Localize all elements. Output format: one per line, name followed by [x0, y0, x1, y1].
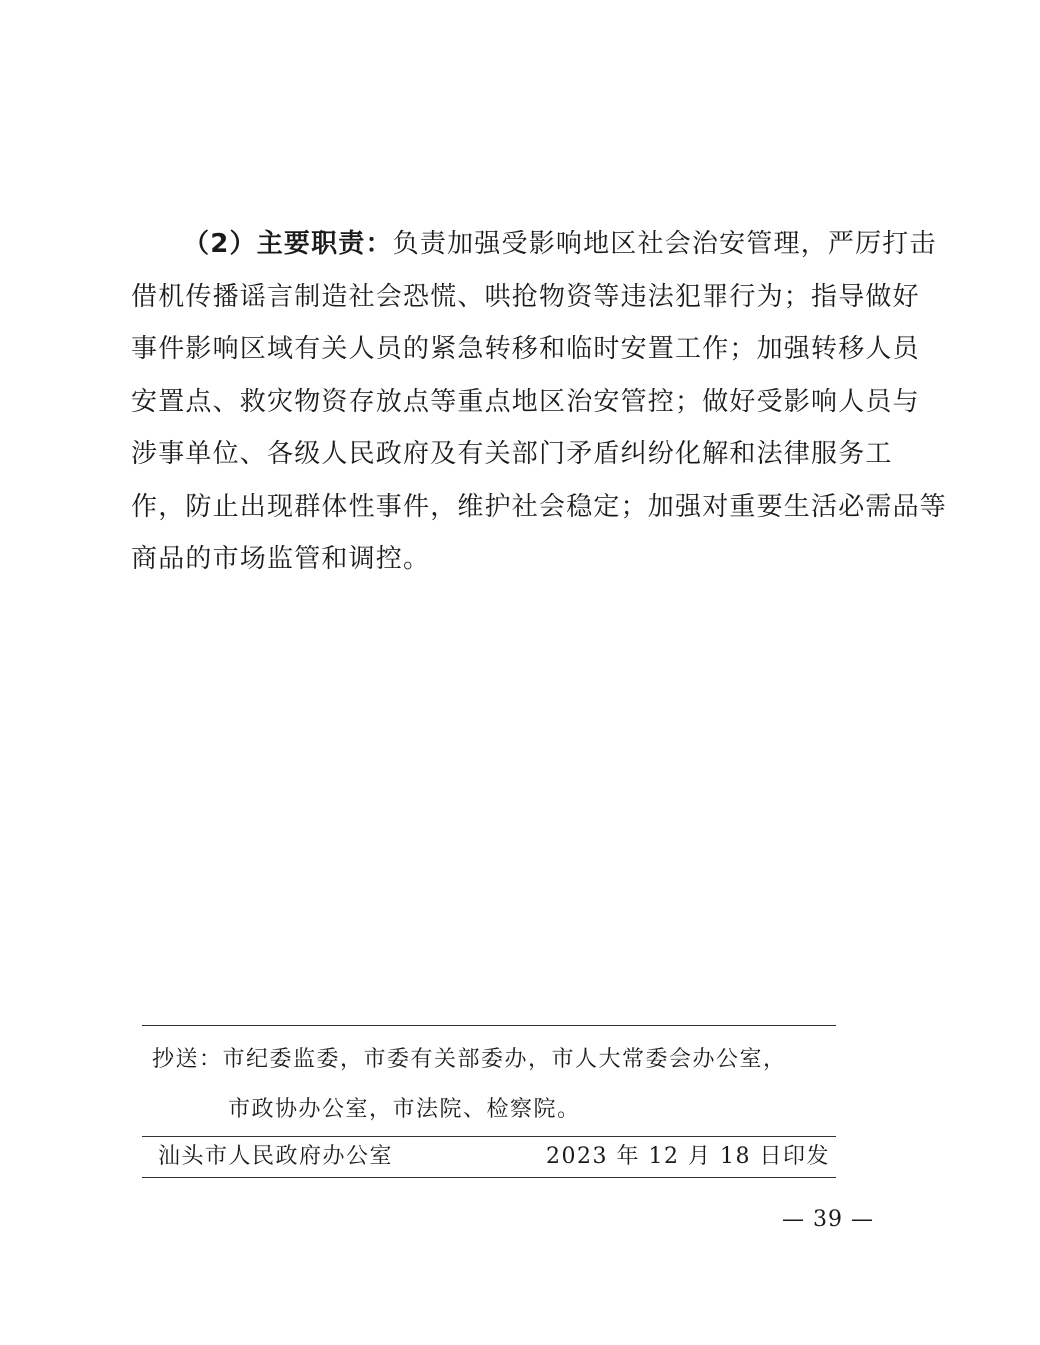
issuer-name: 汕头市人民政府办公室 — [158, 1137, 393, 1177]
paragraph-line-6: 作，防止出现群体性事件，维护社会稳定；加强对重要生活必需品等 — [131, 481, 891, 534]
paragraph-line-3: 事件影响区域有关人员的紧急转移和临时安置工作；加强转移人员 — [131, 323, 891, 376]
page-number: — 39 — — [782, 1207, 874, 1232]
section-heading: （2）主要职责： — [183, 229, 393, 259]
paragraph-line-5: 涉事单位、各级人民政府及有关部门矛盾纠纷化解和法律服务工 — [131, 428, 891, 481]
paragraph-line-4: 安置点、救灾物资存放点等重点地区治安管控；做好受影响人员与 — [131, 376, 891, 429]
cc-recipients-line-2: 市政协办公室，市法院、检察院。 — [142, 1088, 836, 1132]
issuer-row: 汕头市人民政府办公室 2023 年 12 月 18 日印发 — [142, 1137, 836, 1177]
paragraph-line-1: （2）主要职责：负责加强受影响地区社会治安管理，严厉打击 — [131, 218, 891, 271]
bottom-rule — [142, 1177, 836, 1178]
top-rule — [142, 1025, 836, 1026]
issue-date: 2023 年 12 月 18 日印发 — [546, 1137, 830, 1177]
paragraph-line-7: 商品的市场监管和调控。 — [131, 533, 891, 586]
duties-paragraph: （2）主要职责：负责加强受影响地区社会治安管理，严厉打击 借机传播谣言制造社会恐… — [131, 218, 891, 586]
paragraph-line-2: 借机传播谣言制造社会恐慌、哄抢物资等违法犯罪行为；指导做好 — [131, 271, 891, 324]
cc-recipients-line-1: 抄送：市纪委监委，市委有关部委办，市人大常委会办公室， — [142, 1038, 836, 1082]
distribution-footer: 抄送：市纪委监委，市委有关部委办，市人大常委会办公室， 市政协办公室，市法院、检… — [142, 1025, 836, 1178]
